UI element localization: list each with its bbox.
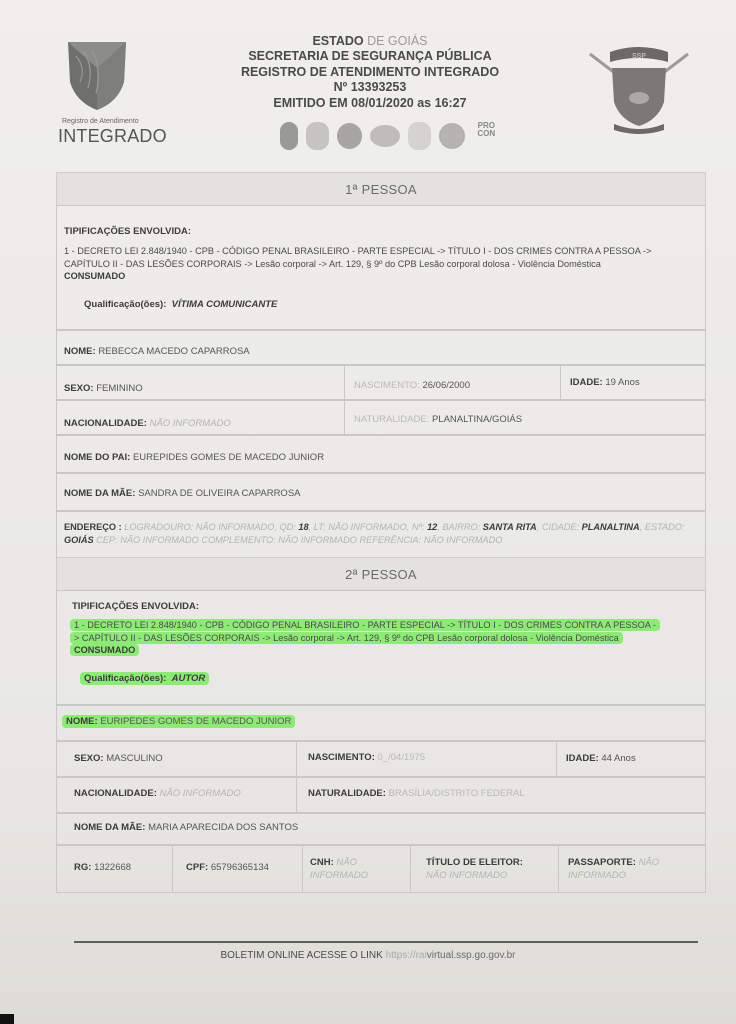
bombeiros-badge-icon xyxy=(337,123,362,149)
ssp-crest-icon: SSP xyxy=(584,40,694,135)
field-nascimento-1: NASCIMENTO: 26/06/2000 xyxy=(354,380,470,391)
header-numero: Nº 13393253 xyxy=(200,80,540,95)
logo-subtitle: Registro de Atendimento xyxy=(58,118,162,125)
detran-badge-icon xyxy=(439,123,464,149)
field-cnh-2: CNH: NÃO INFORMADO xyxy=(310,856,366,882)
field-naturalidade-1: NATURALIDADE: PLANALTINA/GOIÁS xyxy=(354,414,522,425)
footer-link[interactable]: https://raivirtual.ssp.go.gov.br xyxy=(386,950,516,961)
field-nacionalidade-2: NACIONALIDADE: NÃO INFORMADO xyxy=(74,788,241,799)
field-mae-2: NOME DA MÃE: MARIA APARECIDA DOS SANTOS xyxy=(74,822,298,833)
agency-badge-icon xyxy=(408,122,431,150)
field-idade-2: IDADE: 44 Anos xyxy=(566,753,636,764)
document-header: ESTADO DE GOIÁS SECRETARIA DE SEGURANÇA … xyxy=(200,34,540,111)
field-sexo-2: SEXO: MASCULINO xyxy=(74,753,163,764)
section-header-pessoa-2: 2ª PESSOA xyxy=(56,557,706,591)
header-registro: REGISTRO DE ATENDIMENTO INTEGRADO xyxy=(200,65,540,80)
qualificacao-2: Qualificação(ões): AUTOR xyxy=(80,673,209,684)
svg-text:SSP: SSP xyxy=(632,53,646,60)
field-rg-2: RG: 1322668 xyxy=(74,862,131,873)
field-nome-2: NOME: EURIPEDES GOMES DE MACEDO JUNIOR xyxy=(62,716,295,727)
field-nacionalidade-1: NACIONALIDADE: NÃO INFORMADO xyxy=(64,418,231,429)
policia-tecnico-cientifica-icon xyxy=(370,125,399,147)
ssp-crest: SSP xyxy=(584,40,694,135)
section-header-pessoa-1: 1ª PESSOA xyxy=(56,172,706,206)
qualificacao-1: Qualificação(ões): VÍTIMA COMUNICANTE xyxy=(84,299,277,310)
header-state: ESTADO DE GOIÁS xyxy=(200,34,540,49)
rai-logo: Registro de Atendimento INTEGRADO xyxy=(58,38,158,148)
field-cpf-2: CPF: 65796365134 xyxy=(186,862,269,873)
document-page: Registro de Atendimento INTEGRADO ESTADO… xyxy=(0,0,736,1024)
header-emitido: EMITIDO EM 08/01/2020 as 16:27 xyxy=(200,96,540,111)
field-mae-1: NOME DA MÃE: SANDRA DE OLIVEIRA CAPARROS… xyxy=(64,488,301,499)
background-corner xyxy=(0,1014,14,1024)
logo-title: INTEGRADO xyxy=(58,126,158,147)
field-sexo-1: SEXO: FEMININO xyxy=(64,383,143,394)
pc-badge-icon xyxy=(306,122,329,150)
field-titulo-eleitor-2: TÍTULO DE ELEITOR: NÃO INFORMADO xyxy=(426,856,546,882)
tipificacoes-label-1: TIPIFICAÇÕES ENVOLVIDA: xyxy=(64,226,191,237)
footer-divider xyxy=(74,941,698,943)
field-pai-1: NOME DO PAI: EUREPIDES GOMES DE MACEDO J… xyxy=(64,452,324,463)
field-nascimento-2: NASCIMENTO: 0_/04/1975 xyxy=(308,752,425,763)
tipificacao-text-2: 1 - DECRETO LEI 2.848/1940 - CPB - CÓDIG… xyxy=(70,619,660,657)
tipificacao-text-1: 1 - DECRETO LEI 2.848/1940 - CPB - CÓDIG… xyxy=(64,245,654,283)
agency-icons-row: PRO CON xyxy=(280,120,500,152)
field-passaporte-2: PASSAPORTE: NÃO INFORMADO xyxy=(568,856,678,882)
procon-logo-icon: PRO CON xyxy=(473,122,500,150)
header-secretaria: SECRETARIA DE SEGURANÇA PÚBLICA xyxy=(200,49,540,64)
footer: BOLETIM ONLINE ACESSE O LINK https://rai… xyxy=(0,950,736,961)
tipificacoes-label-2: TIPIFICAÇÕES ENVOLVIDA: xyxy=(72,601,199,612)
field-naturalidade-2: NATURALIDADE: BRASÍLIA/DISTRITO FEDERAL xyxy=(308,788,525,799)
shield-logo-icon xyxy=(66,38,128,112)
field-idade-1: IDADE: 19 Anos xyxy=(570,377,640,388)
pm-badge-icon xyxy=(280,122,298,150)
field-nome-1: NOME: REBECCA MACEDO CAPARROSA xyxy=(64,346,250,357)
field-endereco-1: ENDEREÇO : LOGRADOURO: NÃO INFORMADO, QD… xyxy=(64,521,694,546)
